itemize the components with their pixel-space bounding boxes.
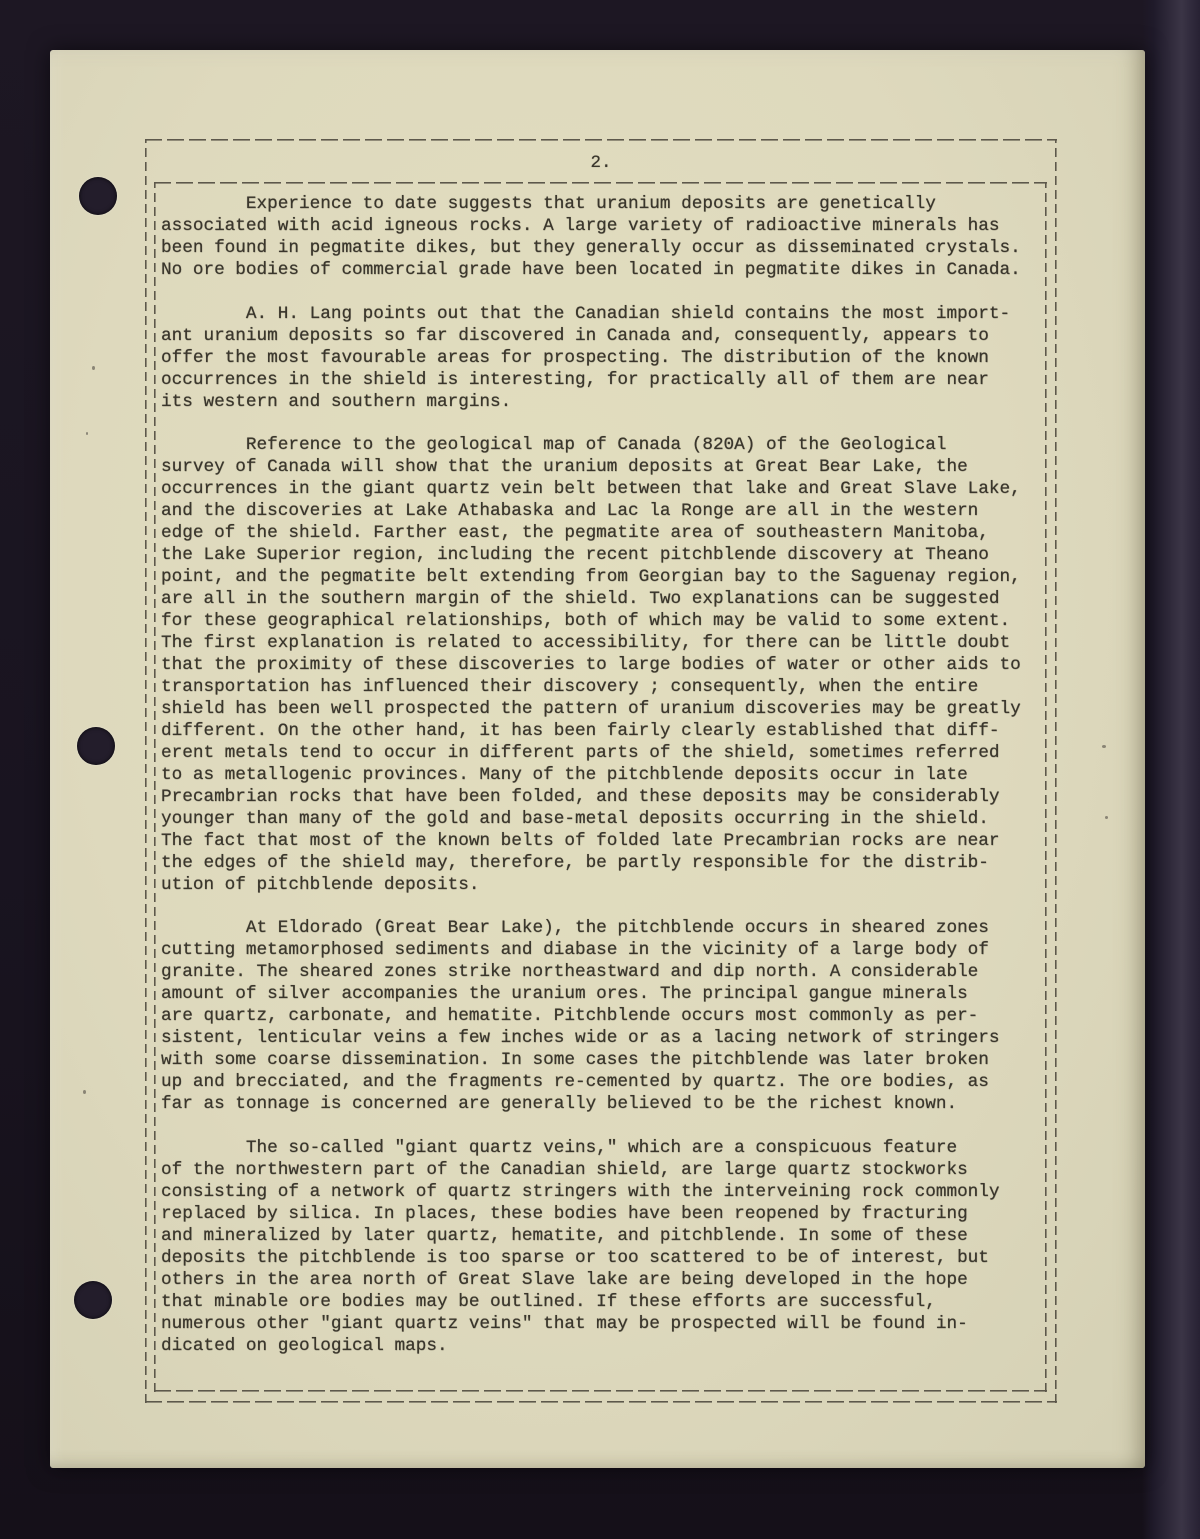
paragraph: Reference to the geological map of Canad… xyxy=(161,435,1047,896)
page-number: 2. xyxy=(145,153,1057,173)
scanned-document-photo: 2. Experience to date suggests that uran… xyxy=(0,0,1200,1539)
ink-speck xyxy=(83,1090,86,1094)
ink-speck xyxy=(92,366,95,370)
paragraph: At Eldorado (Great Bear Lake), the pitch… xyxy=(161,918,1047,1116)
binder-spine-shadow xyxy=(1142,0,1200,1539)
paragraph: The so-called "giant quartz veins," whic… xyxy=(161,1138,1047,1358)
paragraph: Experience to date suggests that uranium… xyxy=(161,194,1047,282)
punch-hole-middle xyxy=(77,727,115,765)
punch-hole-top xyxy=(79,177,117,215)
ink-speck xyxy=(1102,745,1106,748)
ink-speck xyxy=(86,432,88,435)
punch-hole-bottom xyxy=(74,1281,112,1319)
ink-speck xyxy=(1105,816,1108,819)
paragraph: A. H. Lang points out that the Canadian … xyxy=(161,304,1047,414)
document-page: 2. Experience to date suggests that uran… xyxy=(50,50,1145,1468)
document-body: Experience to date suggests that uranium… xyxy=(161,194,1047,1357)
